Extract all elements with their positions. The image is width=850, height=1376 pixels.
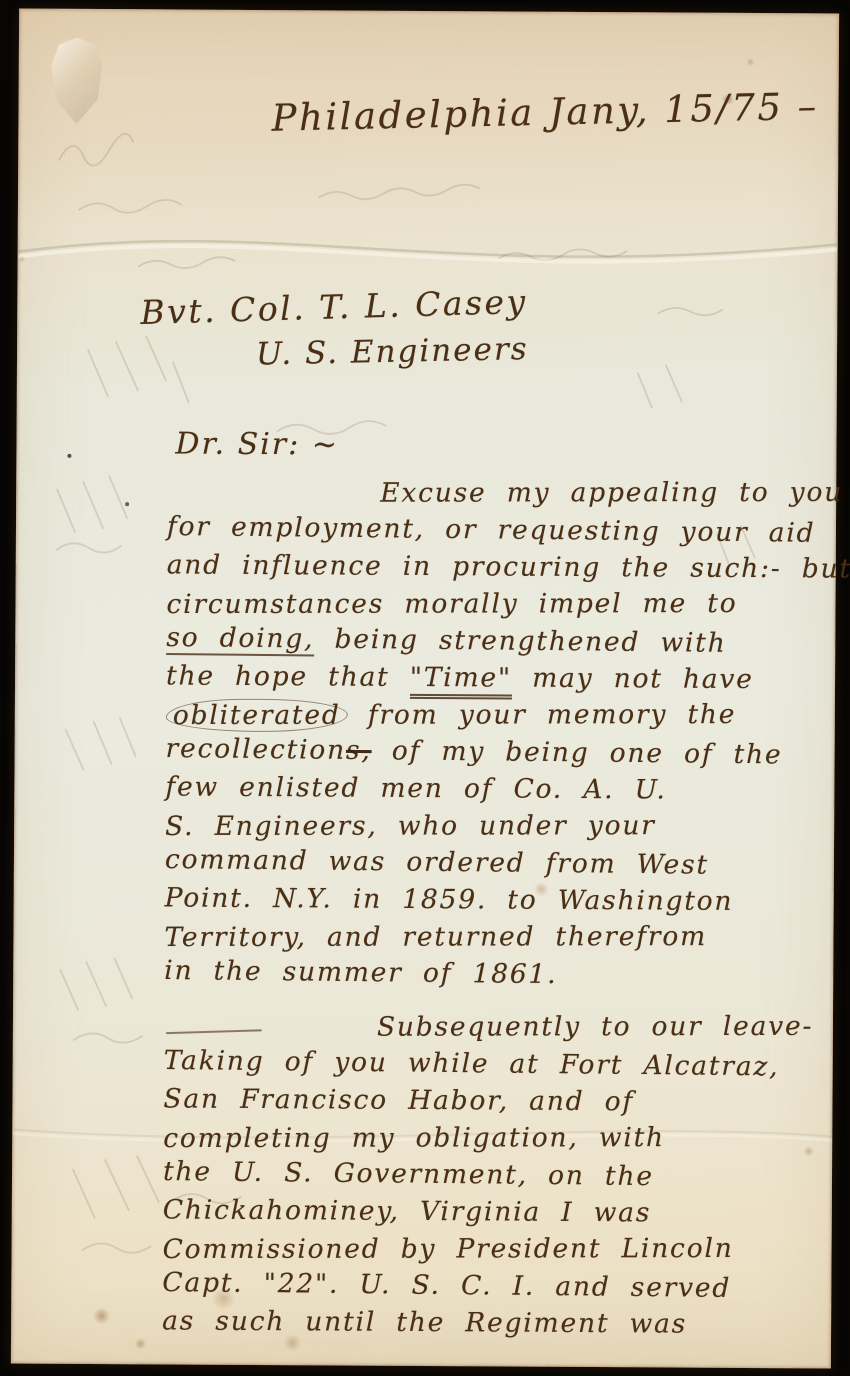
stain xyxy=(19,256,26,263)
letter-line: Taking of you while at Fort Alcatraz, xyxy=(164,1042,824,1086)
stain xyxy=(746,58,755,66)
letter-text-segment: command was ordered from West xyxy=(165,844,709,881)
stain xyxy=(92,1308,111,1324)
letter-text-segment: of my being one of the xyxy=(371,735,782,770)
letter-text-segment: Point. N.Y. in 1859. to Washington xyxy=(165,882,734,916)
letter-line: the U. S. Government, on the xyxy=(163,1153,823,1197)
letter-text-segment: few enlisted men of Co. A. U. xyxy=(165,771,666,805)
letter-line: Capt. "22". U. S. C. I. and served xyxy=(162,1264,822,1308)
letter-text-segment: recollection xyxy=(165,733,346,766)
letter-line: San Francisco Habor, and of xyxy=(163,1080,823,1121)
letter-line: in the summer of 1861. xyxy=(164,952,824,996)
letter-line: the hope that "Time" may not have xyxy=(166,657,826,698)
letter-text-segment: San Francisco Habor, and of xyxy=(163,1083,634,1117)
letter-text-segment: Chickahominey, Virginia I was xyxy=(163,1194,652,1228)
letter-line: Point. N.Y. in 1859. to Washington xyxy=(165,879,825,920)
letter-line: circumstances morally impel me to xyxy=(166,585,826,623)
letter-text-segment: as such until the Regiment was xyxy=(162,1305,687,1339)
letter-line: for employment, or requesting your aid xyxy=(167,508,827,552)
underlined-text: so doing, xyxy=(166,622,314,657)
ink-speck xyxy=(67,454,71,458)
letter-line: so doing, being strengthened with xyxy=(166,619,826,663)
double-underlined-text: "Time" xyxy=(410,662,512,700)
salutation: Dr. Sir: ~ xyxy=(175,426,339,462)
letter-text-segment: the U. S. Government, on the xyxy=(163,1156,654,1192)
dateline: Philadelphia Jany, 15/75 – xyxy=(271,85,819,140)
letter-text-segment: from your memory the xyxy=(348,699,737,731)
letter-line: recollections, of my being one of the xyxy=(165,730,825,774)
letter-line: command was ordered from West xyxy=(165,841,825,885)
struck-text: s, xyxy=(346,735,372,766)
letter-line: obliterated from your memory the xyxy=(166,696,826,734)
ink-speck xyxy=(125,502,129,506)
letter-line: as such until the Regiment was xyxy=(162,1302,822,1343)
letter-line: Territory, and returned therefrom xyxy=(164,918,824,956)
letter-line: few enlisted men of Co. A. U. xyxy=(165,768,825,809)
letter-text-segment: Capt. "22". U. S. C. I. and served xyxy=(162,1267,731,1304)
circled-text: obliterated xyxy=(166,699,348,732)
recipient-unit: U. S. Engineers xyxy=(256,331,529,372)
stain xyxy=(134,1338,147,1349)
letter-text-segment: in the summer of 1861. xyxy=(164,955,557,990)
photo-background: Philadelphia Jany, 15/75 – Bvt. Col. T. … xyxy=(0,0,850,1376)
letter-line: completing my obligation, with xyxy=(163,1119,823,1157)
letter-line: Subsequently to our leave- xyxy=(164,1008,824,1046)
letter-text-segment: circumstances morally impel me to xyxy=(166,588,737,620)
paragraph-1: Excuse my appealing to you for employmen… xyxy=(164,472,827,994)
letter-text-segment: Taking of you while at Fort Alcatraz, xyxy=(164,1045,780,1082)
letter-line: and influence in procuring the such:- bu… xyxy=(167,546,827,587)
letter-text-segment: may not have xyxy=(512,663,754,695)
embossed-shield-seal-icon xyxy=(49,36,104,124)
letter-text-segment: Commissioned by President Lincoln xyxy=(163,1233,734,1265)
letter-line: S. Engineers, who under your xyxy=(165,807,825,845)
letter-text-segment: Territory, and returned therefrom xyxy=(164,921,707,953)
letter-text-segment: Subsequently to our leave- xyxy=(377,1011,813,1043)
letter-text-segment: being strengthened with xyxy=(314,624,727,659)
letter-text-segment: S. Engineers, who under your xyxy=(165,810,656,842)
letter-text-segment: the hope that xyxy=(166,660,410,692)
letter-line: Excuse my appealing to you xyxy=(167,474,827,512)
shield-icon xyxy=(49,36,104,124)
letter-line: Chickahominey, Virginia I was xyxy=(163,1191,823,1232)
letter-text-segment: for employment, or requesting your aid xyxy=(167,511,816,549)
letter-line: Commissioned by President Lincoln xyxy=(163,1230,823,1268)
letter-paper: Philadelphia Jany, 15/75 – Bvt. Col. T. … xyxy=(11,9,839,1369)
paragraph-2: Subsequently to our leave- Taking of you… xyxy=(162,1006,824,1343)
letter-text-segment: completing my obligation, with xyxy=(163,1122,665,1154)
recipient-name: Bvt. Col. T. L. Casey xyxy=(140,282,528,332)
letter-text-segment: and influence in procuring the such:- bu… xyxy=(167,549,850,584)
letter-text-segment: Excuse my appealing to you xyxy=(380,477,843,509)
